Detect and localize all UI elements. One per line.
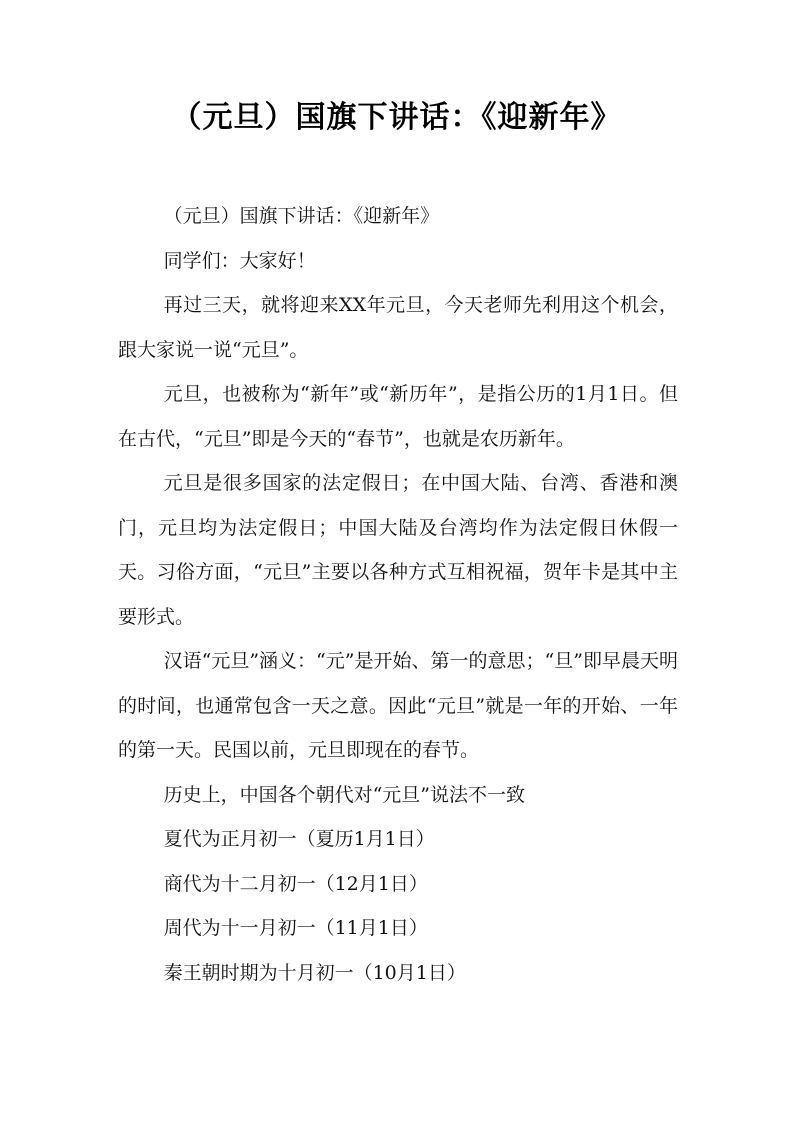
paragraph: 元旦，也被称为“新年”或“新历年”，是指公历的1月1日。但在古代，“元旦”即是今…: [118, 372, 678, 461]
paragraph-subtitle: （元旦）国旗下讲话：《迎新年》: [118, 194, 678, 239]
document-title: （元旦）国旗下讲话：《迎新年》: [0, 96, 793, 140]
paragraph: 汉语“元旦”涵义：“元”是开始、第一的意思；“旦”即早晨天明的时间，也通常包含一…: [118, 639, 678, 773]
list-item: 商代为十二月初一（12月1日）: [118, 862, 678, 907]
paragraph: 再过三天，就将迎来XX年元旦，今天老师先利用这个机会，跟大家说一说“元旦”。: [118, 283, 678, 372]
list-item: 秦王朝时期为十月初一（10月1日）: [118, 951, 678, 996]
paragraph: 元旦是很多国家的法定假日；在中国大陆、台湾、香港和澳门，元旦均为法定假日；中国大…: [118, 461, 678, 639]
list-item: 夏代为正月初一（夏历1月1日）: [118, 817, 678, 862]
list-item: 周代为十一月初一（11月1日）: [118, 906, 678, 951]
paragraph: 历史上，中国各个朝代对“元旦”说法不一致: [118, 773, 678, 818]
document-body: （元旦）国旗下讲话：《迎新年》 同学们：大家好！ 再过三天，就将迎来XX年元旦，…: [118, 194, 678, 995]
paragraph-greeting: 同学们：大家好！: [118, 239, 678, 284]
